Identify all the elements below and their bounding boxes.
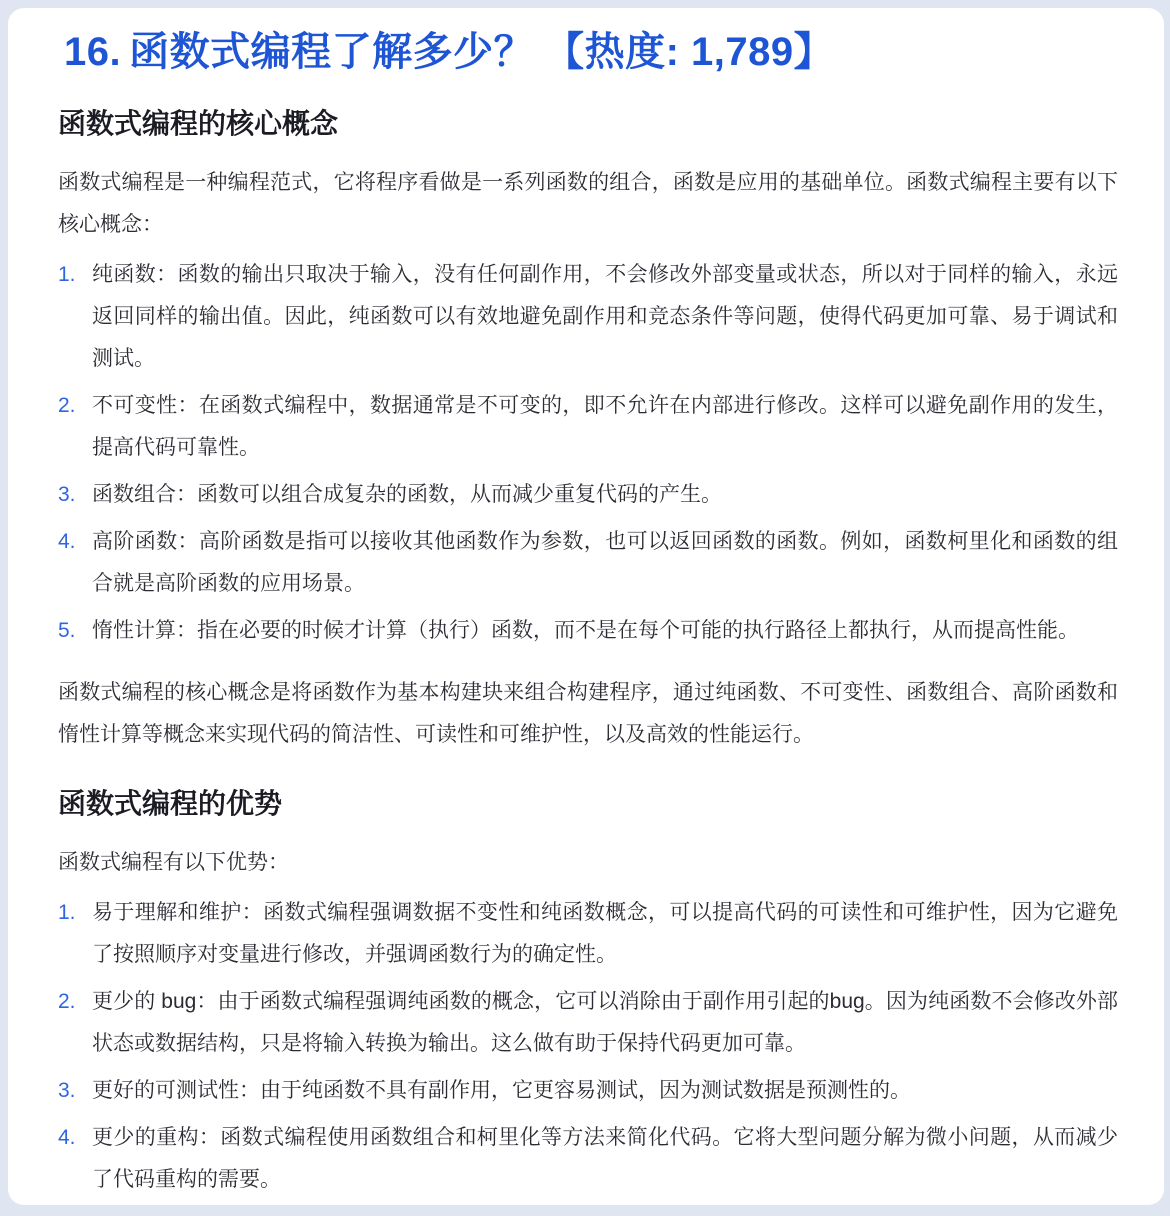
list-item: 1. 纯函数：函数的输出只取决于输入，没有任何副作用，不会修改外部变量或状态，所… (58, 254, 1118, 380)
list-item-text: 高阶函数：高阶函数是指可以接收其他函数作为参数，也可以返回函数的函数。例如，函数… (92, 521, 1118, 605)
advantages-list: 1. 易于理解和维护：函数式编程强调数据不变性和纯函数概念，可以提高代码的可读性… (58, 892, 1118, 1201)
list-item: 5. 惰性计算：指在必要的时候才计算（执行）函数，而不是在每个可能的执行路径上都… (58, 610, 1118, 652)
heat-badge: 【热度: 1,789】 (544, 30, 834, 74)
list-item-text: 惰性计算：指在必要的时候才计算（执行）函数，而不是在每个可能的执行路径上都执行，… (92, 610, 1118, 652)
question-text: 函数式编程了解多少？ (129, 30, 534, 74)
list-item-text: 更好的可测试性：由于纯函数不具有副作用，它更容易测试，因为测试数据是预测性的。 (92, 1070, 1118, 1112)
question-card: 16.函数式编程了解多少？【热度: 1,789】 函数式编程的核心概念 函数式编… (8, 8, 1164, 1205)
list-item-number: 1. (58, 254, 92, 380)
list-item-number: 3. (58, 1070, 92, 1112)
list-item: 3. 更好的可测试性：由于纯函数不具有副作用，它更容易测试，因为测试数据是预测性… (58, 1070, 1118, 1112)
section-advantages: 函数式编程的优势 函数式编程有以下优势： 1. 易于理解和维护：函数式编程强调数… (58, 786, 1118, 1201)
list-item-number: 4. (58, 521, 92, 605)
question-title: 16.函数式编程了解多少？【热度: 1,789】 (64, 28, 1118, 76)
list-item-number: 2. (58, 981, 92, 1065)
question-number: 16. (64, 30, 121, 74)
list-item: 2. 更少的 bug：由于函数式编程强调纯函数的概念，它可以消除由于副作用引起的… (58, 981, 1118, 1065)
section-core-concepts: 函数式编程的核心概念 函数式编程是一种编程范式，它将程序看做是一系列函数的组合，… (58, 106, 1118, 756)
list-item-text: 不可变性：在函数式编程中，数据通常是不可变的，即不允许在内部进行修改。这样可以避… (92, 385, 1118, 469)
list-item-text: 纯函数：函数的输出只取决于输入，没有任何副作用，不会修改外部变量或状态，所以对于… (92, 254, 1118, 380)
list-item: 4. 高阶函数：高阶函数是指可以接收其他函数作为参数，也可以返回函数的函数。例如… (58, 521, 1118, 605)
list-item-number: 5. (58, 610, 92, 652)
list-item: 2. 不可变性：在函数式编程中，数据通常是不可变的，即不允许在内部进行修改。这样… (58, 385, 1118, 469)
core-concepts-heading: 函数式编程的核心概念 (58, 106, 1118, 142)
list-item-number: 3. (58, 474, 92, 516)
list-item-number: 2. (58, 385, 92, 469)
list-item: 1. 易于理解和维护：函数式编程强调数据不变性和纯函数概念，可以提高代码的可读性… (58, 892, 1118, 976)
list-item-number: 4. (58, 1117, 92, 1201)
list-item-text: 更少的重构：函数式编程使用函数组合和柯里化等方法来简化代码。它将大型问题分解为微… (92, 1117, 1118, 1201)
list-item: 3. 函数组合：函数可以组合成复杂的函数，从而减少重复代码的产生。 (58, 474, 1118, 516)
list-item-text: 更少的 bug：由于函数式编程强调纯函数的概念，它可以消除由于副作用引起的bug… (92, 981, 1118, 1065)
list-item-text: 易于理解和维护：函数式编程强调数据不变性和纯函数概念，可以提高代码的可读性和可维… (92, 892, 1118, 976)
advantages-heading: 函数式编程的优势 (58, 786, 1118, 822)
advantages-intro: 函数式编程有以下优势： (58, 842, 1118, 884)
core-concepts-list: 1. 纯函数：函数的输出只取决于输入，没有任何副作用，不会修改外部变量或状态，所… (58, 254, 1118, 652)
list-item-text: 函数组合：函数可以组合成复杂的函数，从而减少重复代码的产生。 (92, 474, 1118, 516)
list-item-number: 1. (58, 892, 92, 976)
core-concepts-intro: 函数式编程是一种编程范式，它将程序看做是一系列函数的组合，函数是应用的基础单位。… (58, 162, 1118, 246)
list-item: 4. 更少的重构：函数式编程使用函数组合和柯里化等方法来简化代码。它将大型问题分… (58, 1117, 1118, 1201)
core-concepts-summary: 函数式编程的核心概念是将函数作为基本构建块来组合构建程序，通过纯函数、不可变性、… (58, 672, 1118, 756)
